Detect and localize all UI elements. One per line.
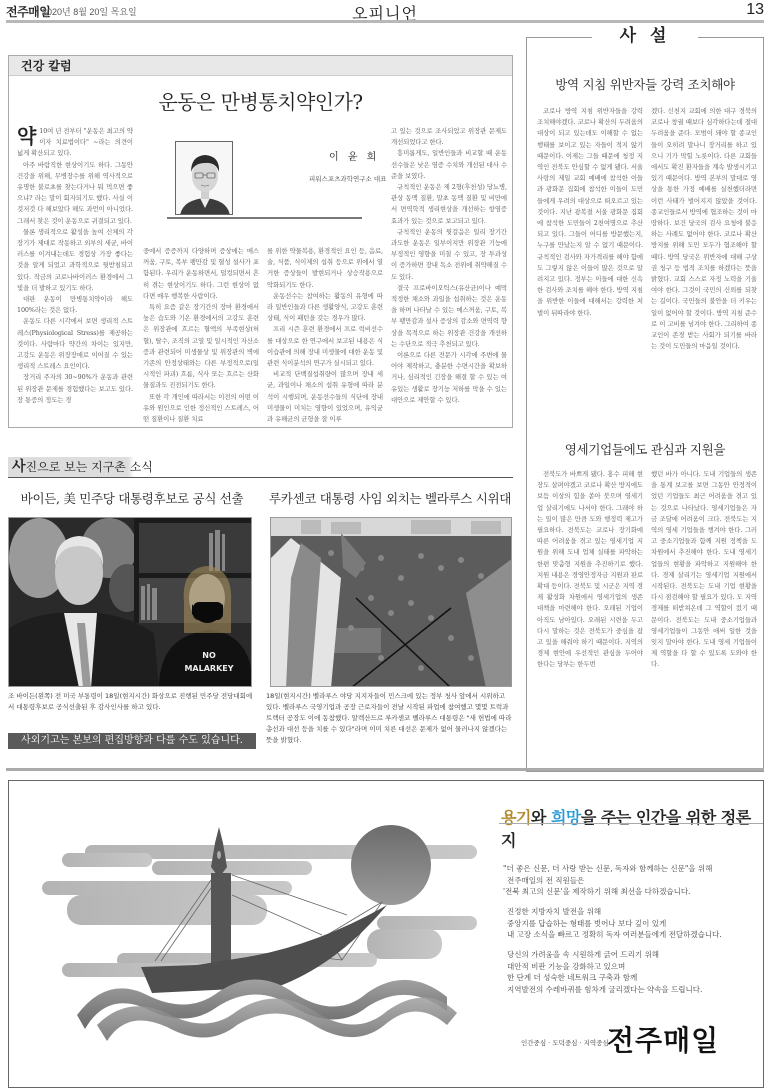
author-portrait-icon bbox=[176, 142, 233, 215]
paragraph: 아주 바람직한 현상이기도 하다. 그동안 건강을 위해, 무병장수를 위해 역… bbox=[17, 160, 133, 227]
disclaimer-banner: 사외기고는 본보의 편집방향과 다를 수도 있습니다. bbox=[8, 733, 256, 749]
ad-line: '전북 최고의 신문'을 제작하기 위해 최선을 다하겠습니다. bbox=[503, 886, 712, 898]
photo-news-section: 사진으로 보는 지구촌 소식 바이든, 美 민주당 대통령후보로 공식 선출 루… bbox=[8, 457, 513, 478]
paragraph: 프리 시즌 훈련 환경에서 프로 럭비선수를 대상으로 한 연구에서 보고된 내… bbox=[267, 324, 383, 369]
editorial-section: 사 설 방역 지침 위반자들 강력 조치해야 코로나 방역 지침 위반자들을 강… bbox=[526, 37, 764, 772]
paragraph: 중에서 증증까지 다양하며 증상에는 메스꺼움, 구토, 복부 팽만감 및 혈성… bbox=[143, 246, 259, 302]
shirt-text-2: MALARKEY bbox=[184, 664, 233, 673]
photo-caption-1: 조 바이든(왼쪽) 전 미국 부통령이 18일(현지시간) 화상으로 진행된 민… bbox=[8, 691, 256, 713]
ad-tagline: 인간중심 · 도덕중심 · 지역중심 bbox=[521, 1038, 609, 1047]
ad-line: 당신의 가려움을 속 시원하게 긁어 드리기 위해 bbox=[507, 949, 702, 961]
paragraph: 했던 바가 아니다. 도내 기업들의 생존을 통계 보고를 보면 그동안 안정적… bbox=[651, 469, 757, 671]
column-text-4: 고 있는 것으로 조사되었고 위장관 문제도 개선되었다고 한다. 흥미롭게도,… bbox=[391, 126, 507, 422]
author-photo bbox=[175, 141, 233, 215]
ad-line: 한 단계 더 성숙한 네트워크 구축과 함께 bbox=[507, 972, 702, 984]
author-name: 이 윤 희 bbox=[329, 148, 379, 163]
ad-line: 중앙지를 답습하는 형태를 벗어나 보다 깊이 있게 bbox=[507, 918, 722, 930]
divider bbox=[499, 823, 763, 824]
shirt-text-1: NO bbox=[202, 651, 216, 660]
page-header: 전주매일 2020년 8월 20일 목요일 오피니언 13 bbox=[6, 0, 764, 22]
ad-paragraph-2: 진정한 지방자치 발전을 위해 중앙지를 답습하는 형태를 벗어나 보다 깊이 … bbox=[507, 906, 722, 941]
ad-slogan: 용기와 희망을 주는 인간을 위한 정론지 bbox=[501, 805, 763, 851]
slogan-highlight-hope: 희망 bbox=[551, 808, 581, 827]
editorial-label: 사 설 bbox=[527, 21, 763, 46]
photo-image-icon bbox=[271, 518, 512, 687]
editorial-title-2: 영세기업들에도 관심과 지원을 bbox=[527, 440, 763, 458]
ad-line: 전주매일의 전 직원들은 bbox=[503, 875, 712, 887]
photo-headline-2: 루카센코 대통령 사임 외치는 벨라루스 시위대 bbox=[266, 489, 514, 507]
editorial-1-col-2: 겠다. 신천지 교회에 의한 대구 경북의 코로나 창궐 때보다 심각하다는데 … bbox=[651, 106, 757, 446]
paragraph: 규칙적인 운동은 제 2형(후천성) 당뇨병, 관상 동맥 질환, 말초 동맥 … bbox=[391, 182, 507, 227]
belarus-protest-photo bbox=[270, 517, 512, 687]
paragraph: 흥미롭게도, 일반인들과 비교할 때 운동선수들은 낮은 염증 수치와 개선된 … bbox=[391, 148, 507, 182]
label-initial: 사 bbox=[12, 459, 26, 475]
ad-brand-logo: 전주매일 bbox=[607, 1019, 719, 1059]
paragraph: 겠다. 신천지 교회에 의한 대구 경북의 코로나 창궐 때보다 심각하다는데 … bbox=[651, 106, 757, 352]
divider bbox=[8, 477, 513, 478]
paragraph: 대판 운동이 만병통치약이라 해도 100%라는 것은 없다. bbox=[17, 294, 133, 316]
paragraph: 고 있는 것으로 조사되었고 위장관 문제도 개선되었다고 한다. bbox=[391, 126, 507, 148]
page-number: 13 bbox=[746, 1, 764, 19]
label-rest: 진으로 보는 지구촌 소식 bbox=[26, 460, 153, 474]
photo-image-icon: NO MALARKEY bbox=[9, 518, 252, 687]
editorial-1-col-1: 코로나 방역 지침 위반자들을 강력 조치해야겠다. 코로나 확산의 두려움의 … bbox=[537, 106, 643, 446]
dropcap: 약 bbox=[17, 126, 36, 146]
ad-paragraph-1: "더 좋은 신문, 더 사랑 받는 신문, 독자와 함께하는 신문"을 위해 전… bbox=[503, 863, 712, 898]
paragraph: 운동도 다른 시각에서 보면 생리적 스트레스(Physiological St… bbox=[17, 316, 133, 372]
ship-illustration-icon bbox=[37, 805, 477, 1045]
editorial-2-col-1: 전북도가 바쁘게 됐다. 홍수 피해 현장도 살펴야겠고 코로나 확산 방지에도… bbox=[537, 469, 643, 761]
section-divider bbox=[6, 768, 764, 771]
ad-text-panel: 용기와 희망을 주는 인간을 위한 정론지 "더 좋은 신문, 더 사랑 받는 … bbox=[471, 781, 763, 1087]
editorial-title-1: 방역 지침 위반자들 강력 조치해야 bbox=[527, 75, 763, 93]
ad-line: 지역발전의 수레바퀴를 힘차게 굴리겠다는 약속을 드립니다. bbox=[507, 984, 702, 996]
author-divider bbox=[167, 217, 362, 219]
paragraph: 결국 프로바이오틱스(유산균)이나 예먹 적정한 채소와 과일을 섭취하는 것은… bbox=[391, 283, 507, 350]
column-text-3: 를 위한 약물복용, 환경적인 요인 등, 음료, 술, 식품, 식이제의 섭취… bbox=[267, 246, 383, 422]
paragraph: 장거리 주자의 30~90%가 운동과 관련된 위장관 문제를 경험했다는 보고… bbox=[17, 372, 133, 406]
paragraph: 물론 생리적으로 활성을 높여 신체의 각 장기가 제대로 작동하고 외부의 세… bbox=[17, 227, 133, 294]
paragraph: 규칙적인 운동의 뒷걸음은 일리 장기간 과도한 운동은 일부이지만 위장관 기… bbox=[391, 227, 507, 283]
paragraph: 비교적 단백질섭취량이 많으며 장내 세균, 과일이나 채소의 섭취 유형에 따… bbox=[267, 369, 383, 422]
biden-photo: NO MALARKEY bbox=[8, 517, 252, 687]
paragraph: 또한 각 개인에 따라서는 이전의 어떤 이유와 원인으로 인한 정신적인 스트… bbox=[143, 392, 259, 422]
ad-line: 대안적 비판 기능을 강화하고 있으며 bbox=[507, 961, 702, 973]
slogan-text: 와 bbox=[531, 808, 551, 827]
paragraph: 운동선수는 참여하는 활동의 유형에 따라 일반인들과 다른 생활양식, 고강도… bbox=[267, 291, 383, 325]
photo-headline-1: 바이든, 美 민주당 대통령후보로 공식 선출 bbox=[8, 489, 256, 507]
health-column: 건강 칼럼 운동은 만병통치약인가? 약 10여 년 전부터 "운동은 최고의 … bbox=[8, 55, 513, 428]
paragraph: 코로나 방역 지침 위반자들을 강력 조치해야겠다. 코로나 확산의 두려움의 … bbox=[537, 106, 643, 319]
paragraph: 를 위한 약물복용, 환경적인 요인 등, 음료, 술, 식품, 식이제의 섭취… bbox=[267, 246, 383, 291]
paragraph: 전북도가 바쁘게 됐다. 홍수 피해 현장도 살펴야겠고 코로나 확산 방지에도… bbox=[537, 469, 643, 671]
paragraph: 이론으로 다른 전문가 시각에 주변에 물어야 제작하고, 충분한 수면시간을 … bbox=[391, 350, 507, 406]
house-advertisement: 용기와 희망을 주는 인간을 위한 정론지 "더 좋은 신문, 더 사랑 받는 … bbox=[8, 780, 764, 1088]
column-title: 운동은 만병통치약인가? bbox=[9, 86, 512, 115]
editorial-2-col-2: 했던 바가 아니다. 도내 기업들의 생존을 통계 보고를 보면 그동안 안정적… bbox=[651, 469, 757, 761]
ad-line: "더 좋은 신문, 더 사랑 받는 신문, 독자와 함께하는 신문"을 위해 bbox=[503, 863, 712, 875]
ad-line: 진정한 지방자치 발전을 위해 bbox=[507, 906, 722, 918]
photo-caption-2: 18일(현지시간) 벨라루스 야당 지지자들이 민스크에 있는 정부 청사 앞에… bbox=[266, 691, 512, 746]
photo-news-label: 사진으로 보는 지구촌 소식 bbox=[8, 457, 513, 477]
slogan-highlight-courage: 용기 bbox=[501, 808, 531, 827]
column-text-2: 중에서 증증까지 다양하며 증상에는 메스꺼움, 구토, 복부 팽만감 및 혈성… bbox=[143, 246, 259, 422]
column-tag: 건강 칼럼 bbox=[9, 56, 512, 76]
ad-line: 내 고장 소식을 빠르고 정확히 독자 여러분들에게 전달하겠습니다. bbox=[507, 929, 722, 941]
ad-paragraph-3: 당신의 가려움을 속 시원하게 긁어 드리기 위해 대안적 비판 기능을 강화하… bbox=[507, 949, 702, 995]
column-text-1: 약 10여 년 전부터 "운동은 최고의 약이자 치료법이다" ~라는 의견이 … bbox=[17, 126, 133, 422]
author-role: 피워스포츠과학연구소 대표 bbox=[309, 174, 386, 183]
paragraph: 특히 요즘 같은 장기간의 장마 환경에서 높은 습도와 기온 환경에서의 고강… bbox=[143, 302, 259, 392]
